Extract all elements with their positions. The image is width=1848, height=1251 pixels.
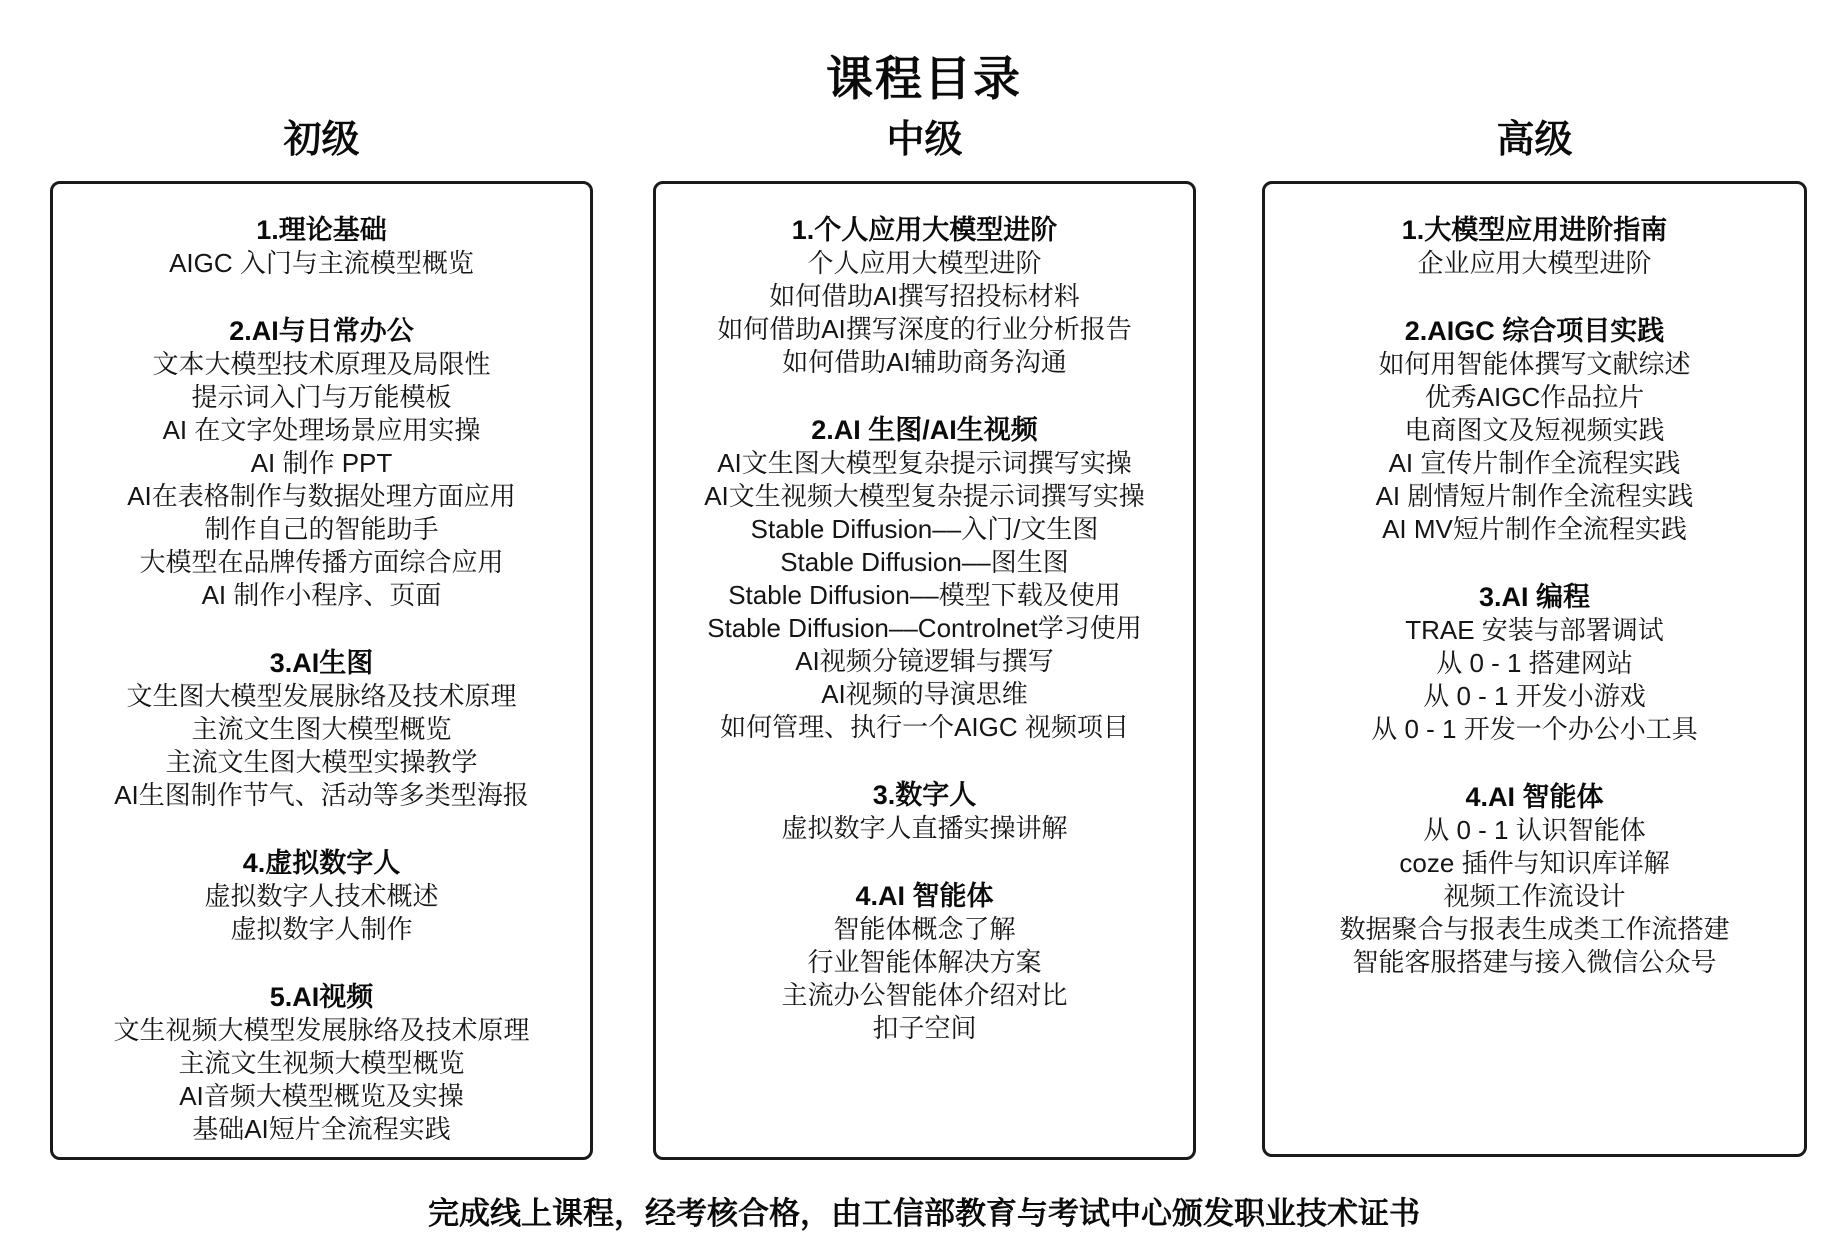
section-heading: 3.AI生图 xyxy=(53,647,590,680)
course-section: 5.AI视频文生视频大模型发展脉络及技术原理主流文生视频大模型概览AI音频大模型… xyxy=(53,981,590,1146)
course-item: AI 制作 PPT xyxy=(53,447,590,480)
course-section: 2.AI与日常办公文本大模型技术原理及局限性提示词入门与万能模板AI 在文字处理… xyxy=(53,315,590,612)
section-heading: 1.个人应用大模型进阶 xyxy=(656,214,1193,247)
course-item: 优秀AIGC作品拉片 xyxy=(1265,381,1804,414)
course-item: 如何用智能体撰写文献综述 xyxy=(1265,348,1804,381)
section-heading: 1.理论基础 xyxy=(53,214,590,247)
course-section: 4.虚拟数字人虚拟数字人技术概述虚拟数字人制作 xyxy=(53,847,590,946)
course-item: AI音频大模型概览及实操 xyxy=(53,1080,590,1113)
course-item: Stable Diffusion––入门/文生图 xyxy=(656,513,1193,546)
course-item: 数据聚合与报表生成类工作流搭建 xyxy=(1265,913,1804,946)
course-item: 从 0 - 1 开发一个办公小工具 xyxy=(1265,713,1804,746)
course-section: 1.大模型应用进阶指南企业应用大模型进阶 xyxy=(1265,214,1804,280)
course-item: 如何管理、执行一个AIGC 视频项目 xyxy=(656,711,1193,744)
course-item: AI MV短片制作全流程实践 xyxy=(1265,513,1804,546)
course-item: Stable Diffusion––Controlnet学习使用 xyxy=(656,612,1193,645)
level-header: 高级 xyxy=(1262,108,1807,163)
course-item: 从 0 - 1 认识智能体 xyxy=(1265,814,1804,847)
level-box: 1.个人应用大模型进阶个人应用大模型进阶如何借助AI撰写招投标材料如何借助AI撰… xyxy=(653,181,1196,1160)
course-item: 主流文生视频大模型概览 xyxy=(53,1047,590,1080)
course-item: Stable Diffusion––模型下载及使用 xyxy=(656,579,1193,612)
course-item: AI生图制作节气、活动等多类型海报 xyxy=(53,779,590,812)
course-item: 主流文生图大模型概览 xyxy=(53,713,590,746)
course-item: 大模型在品牌传播方面综合应用 xyxy=(53,546,590,579)
course-section: 3.AI生图文生图大模型发展脉络及技术原理主流文生图大模型概览主流文生图大模型实… xyxy=(53,647,590,812)
course-item: 如何借助AI撰写深度的行业分析报告 xyxy=(656,313,1193,346)
course-item: 智能客服搭建与接入微信公众号 xyxy=(1265,946,1804,979)
section-heading: 4.虚拟数字人 xyxy=(53,847,590,880)
section-heading: 1.大模型应用进阶指南 xyxy=(1265,214,1804,247)
course-item: 智能体概念了解 xyxy=(656,913,1193,946)
course-item: AI文生视频大模型复杂提示词撰写实操 xyxy=(656,480,1193,513)
course-section: 3.数字人虚拟数字人直播实操讲解 xyxy=(656,779,1193,845)
course-item: 提示词入门与万能模板 xyxy=(53,381,590,414)
level-box: 1.理论基础AIGC 入门与主流模型概览2.AI与日常办公文本大模型技术原理及局… xyxy=(50,181,593,1160)
level-header: 中级 xyxy=(653,108,1196,163)
course-item: AI 制作小程序、页面 xyxy=(53,579,590,612)
course-item: 个人应用大模型进阶 xyxy=(656,247,1193,280)
level-header: 初级 xyxy=(50,108,593,163)
course-item: AI 剧情短片制作全流程实践 xyxy=(1265,480,1804,513)
course-item: 从 0 - 1 开发小游戏 xyxy=(1265,680,1804,713)
section-heading: 4.AI 智能体 xyxy=(656,880,1193,913)
page-title: 课程目录 xyxy=(0,42,1848,109)
course-item: 文生图大模型发展脉络及技术原理 xyxy=(53,680,590,713)
course-item: AI在表格制作与数据处理方面应用 xyxy=(53,480,590,513)
section-heading: 3.数字人 xyxy=(656,779,1193,812)
course-catalog-page: 课程目录 初级中级高级 1.理论基础AIGC 入门与主流模型概览2.AI与日常办… xyxy=(0,0,1848,1251)
course-item: Stable Diffusion––图生图 xyxy=(656,546,1193,579)
course-section: 2.AI 生图/AI生视频AI文生图大模型复杂提示词撰写实操AI文生视频大模型复… xyxy=(656,414,1193,744)
course-item: 虚拟数字人直播实操讲解 xyxy=(656,812,1193,845)
section-heading: 2.AIGC 综合项目实践 xyxy=(1265,315,1804,348)
course-item: 电商图文及短视频实践 xyxy=(1265,414,1804,447)
course-item: AI视频的导演思维 xyxy=(656,678,1193,711)
course-item: 如何借助AI辅助商务沟通 xyxy=(656,346,1193,379)
course-item: coze 插件与知识库详解 xyxy=(1265,847,1804,880)
course-item: AI 宣传片制作全流程实践 xyxy=(1265,447,1804,480)
course-item: 制作自己的智能助手 xyxy=(53,513,590,546)
course-item: 基础AI短片全流程实践 xyxy=(53,1113,590,1146)
course-item: 扣子空间 xyxy=(656,1012,1193,1045)
course-item: 文生视频大模型发展脉络及技术原理 xyxy=(53,1014,590,1047)
level-box: 1.大模型应用进阶指南企业应用大模型进阶2.AIGC 综合项目实践如何用智能体撰… xyxy=(1262,181,1807,1157)
course-item: 虚拟数字人制作 xyxy=(53,913,590,946)
section-heading: 3.AI 编程 xyxy=(1265,581,1804,614)
course-section: 4.AI 智能体从 0 - 1 认识智能体coze 插件与知识库详解视频工作流设… xyxy=(1265,781,1804,979)
course-item: 如何借助AI撰写招投标材料 xyxy=(656,280,1193,313)
course-item: AI文生图大模型复杂提示词撰写实操 xyxy=(656,447,1193,480)
course-section: 4.AI 智能体智能体概念了解行业智能体解决方案主流办公智能体介绍对比扣子空间 xyxy=(656,880,1193,1045)
course-item: 从 0 - 1 搭建网站 xyxy=(1265,647,1804,680)
course-item: 行业智能体解决方案 xyxy=(656,946,1193,979)
section-heading: 5.AI视频 xyxy=(53,981,590,1014)
course-section: 2.AIGC 综合项目实践如何用智能体撰写文献综述优秀AIGC作品拉片电商图文及… xyxy=(1265,315,1804,546)
course-item: 主流办公智能体介绍对比 xyxy=(656,979,1193,1012)
course-item: 虚拟数字人技术概述 xyxy=(53,880,590,913)
certificate-note: 完成线上课程，经考核合格，由工信部教育与考试中心颁发职业技术证书 xyxy=(0,1188,1848,1233)
section-heading: 4.AI 智能体 xyxy=(1265,781,1804,814)
course-item: AI视频分镜逻辑与撰写 xyxy=(656,645,1193,678)
course-section: 3.AI 编程TRAE 安装与部署调试从 0 - 1 搭建网站从 0 - 1 开… xyxy=(1265,581,1804,746)
section-heading: 2.AI 生图/AI生视频 xyxy=(656,414,1193,447)
course-section: 1.理论基础AIGC 入门与主流模型概览 xyxy=(53,214,590,280)
course-item: 文本大模型技术原理及局限性 xyxy=(53,348,590,381)
course-item: 视频工作流设计 xyxy=(1265,880,1804,913)
course-item: 企业应用大模型进阶 xyxy=(1265,247,1804,280)
course-item: AIGC 入门与主流模型概览 xyxy=(53,247,590,280)
course-item: 主流文生图大模型实操教学 xyxy=(53,746,590,779)
course-section: 1.个人应用大模型进阶个人应用大模型进阶如何借助AI撰写招投标材料如何借助AI撰… xyxy=(656,214,1193,379)
section-heading: 2.AI与日常办公 xyxy=(53,315,590,348)
course-item: TRAE 安装与部署调试 xyxy=(1265,614,1804,647)
course-item: AI 在文字处理场景应用实操 xyxy=(53,414,590,447)
